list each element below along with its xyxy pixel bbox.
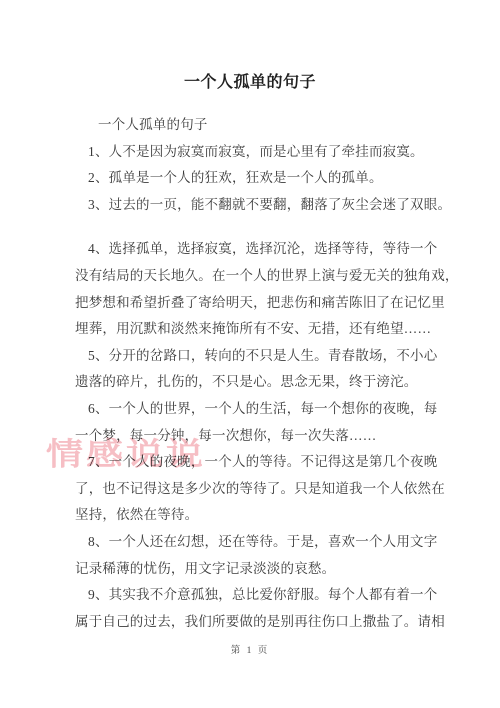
text-line: 没有结局的天长地久。在一个人的世界上演与爱无关的独角戏， xyxy=(75,263,435,290)
text-line: 7、一个人的夜晚，一个人的等待。不记得这是第几个夜晚 xyxy=(75,449,435,476)
text-line: 记录稀薄的忧伤，用文字记录淡淡的哀愁。 xyxy=(75,556,435,583)
text-line: 2、孤单是一个人的狂欢，狂欢是一个人的孤单。 xyxy=(75,165,435,192)
text-line: 了，也不记得这是多少次的等待了。只是知道我一个人依然在 xyxy=(75,476,435,503)
document-page: 一个人孤单的句子 一个人孤单的句子1、人不是因为寂寞而寂寞，而是心里有了牵挂而寂… xyxy=(0,0,500,708)
document-title: 一个人孤单的句子 xyxy=(0,72,500,94)
page-number-footer: 第 1 页 xyxy=(0,645,500,658)
text-line: 5、分开的岔路口，转向的不只是人生。青春散场，不小心 xyxy=(75,343,435,370)
text-line: 遗落的碎片，扎伤的，不只是心。思念无果，终于滂沱。 xyxy=(75,369,435,396)
text-line: 3、过去的一页，能不翻就不要翻，翻落了灰尘会迷了双眼。 xyxy=(75,192,435,219)
text-line: 属于自己的过去，我们所要做的是别再往伤口上撒盐了。请相 xyxy=(75,609,435,636)
text-line: 8、一个人还在幻想，还在等待。于是，喜欢一个人用文字 xyxy=(75,529,435,556)
text-line: 6、一个人的世界，一个人的生活，每一个想你的夜晚，每 xyxy=(75,396,435,423)
text-line: 埋葬，用沉默和淡然来掩饰所有不安、无措，还有绝望…… xyxy=(75,316,435,343)
text-line: 1、人不是因为寂寞而寂寞，而是心里有了牵挂而寂寞。 xyxy=(75,139,435,166)
text-line: 坚持，依然在等待。 xyxy=(75,502,435,529)
blank-line xyxy=(75,218,435,236)
text-line: 把梦想和希望折叠了寄给明天，把悲伤和痛苦陈旧了在记忆里 xyxy=(75,290,435,317)
text-line: 一个梦，每一分钟，每一次想你，每一次失落…… xyxy=(75,423,435,450)
text-line: 9、其实我不介意孤独，总比爱你舒服。每个人都有着一个 xyxy=(75,582,435,609)
document-body: 一个人孤单的句子1、人不是因为寂寞而寂寞，而是心里有了牵挂而寂寞。2、孤单是一个… xyxy=(75,112,435,635)
text-line: 一个人孤单的句子 xyxy=(75,112,435,139)
text-line: 4、选择孤单，选择寂寞，选择沉沦，选择等待，等待一个 xyxy=(75,236,435,263)
